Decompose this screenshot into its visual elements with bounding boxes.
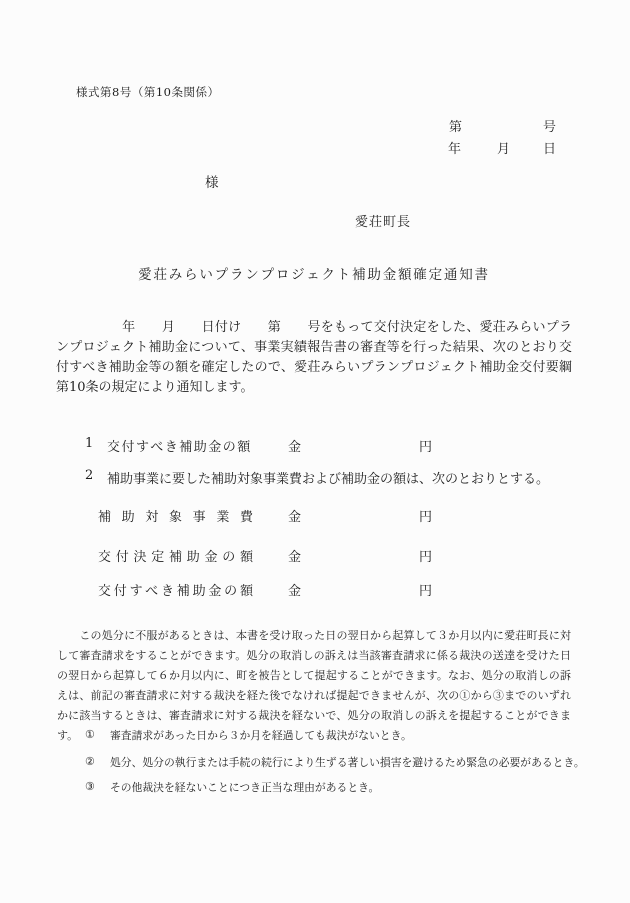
item2-text: 補助事業に要した補助対象事業費および補助金の額は、次のとおりとする。	[107, 468, 549, 487]
circled-number-3-marker: ③	[85, 780, 95, 793]
item1-row: 1 交付すべき補助金の額 金 円	[0, 436, 630, 454]
item1-number: 1	[85, 436, 93, 451]
doc-number-line: 第号	[449, 116, 556, 135]
item2-number: 2	[85, 468, 93, 483]
date-year-label: 年	[448, 142, 461, 157]
doc-number-suffix: 号	[543, 120, 556, 135]
amount-row-project-cost: 補助対象事業費 金 円	[0, 506, 630, 524]
amount-currency-prefix: 金	[288, 580, 301, 599]
appeal-item-text: 審査請求があった日から３か月を経過しても裁決がないとき。	[110, 728, 412, 743]
amount-currency-suffix: 円	[419, 506, 432, 525]
appeal-item-text: その他裁決を経ないことにつき正当な理由があるとき。	[110, 780, 379, 795]
amount-currency-suffix: 円	[419, 580, 432, 599]
form-number-label: 様式第8号（第10条関係）	[76, 84, 219, 100]
item2-row: 2 補助事業に要した補助対象事業費および補助金の額は、次のとおりとする。	[0, 468, 630, 486]
item1-currency-suffix: 円	[419, 436, 432, 455]
document-title: 愛荘みらいプランプロジェクト補助金額確定通知書	[56, 263, 572, 283]
amount-row-payable-subsidy: 交付すべき補助金の額 金 円	[0, 580, 630, 598]
item1-currency-prefix: 金	[288, 436, 301, 455]
amount-currency-prefix: 金	[288, 546, 301, 565]
amount-row-label: 交付すべき補助金の額	[98, 580, 253, 599]
circled-number-1-marker: ①	[85, 728, 95, 741]
body-paragraph: 年 月 日付け 第 号をもって交付決定をした、愛荘みらいプランプロジェクト補助金…	[56, 318, 572, 398]
amount-currency-suffix: 円	[419, 546, 432, 565]
date-day-label: 日	[543, 142, 556, 157]
sender-name: 愛荘町長	[355, 211, 411, 230]
recipient-honorific: 様	[205, 171, 219, 191]
circled-number-2-marker: ②	[85, 755, 95, 768]
item1-label: 交付すべき補助金の額	[107, 436, 252, 455]
issue-date-line: 年月日	[448, 138, 556, 157]
amount-currency-prefix: 金	[288, 506, 301, 525]
appeal-item-text: 処分、処分の執行または手続の続行により生ずる著しい損害を避けるため緊急の必要があ…	[110, 755, 585, 770]
date-month-label: 月	[497, 142, 510, 157]
amount-row-label: 補助対象事業費	[98, 506, 253, 525]
amount-row-label: 交付決定補助金の額	[98, 546, 253, 565]
document-page: 様式第8号（第10条関係） 第号 年月日 様 愛荘町長 愛荘みらいプランプロジェ…	[0, 0, 630, 903]
amount-row-decided-subsidy: 交付決定補助金の額 金 円	[0, 546, 630, 564]
doc-number-prefix: 第	[449, 120, 462, 135]
